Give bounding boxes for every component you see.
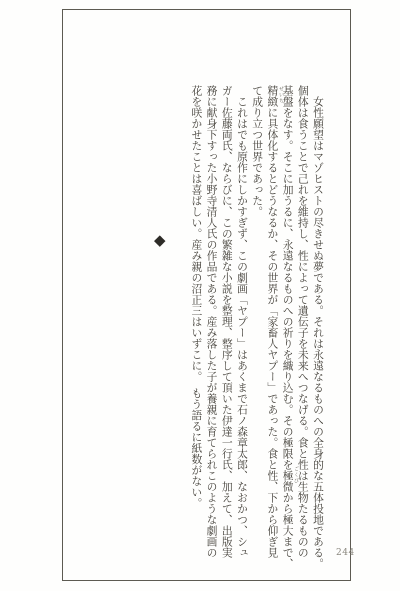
text-line: 女性願望はマゾヒストの尽きせぬ夢である。それは永遠なるものへの全身的な五体投地で… [311,85,326,571]
text-line: 基盤をなす。そこに加うるに、永遠なるものへの祈りを織り込む。その極限を極微から極… [280,85,295,571]
text-line: 務に献身下すった小野寺清人氏の作品である。産み落した子が養親に育てられこのような… [204,85,219,571]
text-line: て成り立つ世界であった。 [250,85,265,571]
page-number: 244 [336,548,355,558]
book-page: 女性願望はマゾヒストの尽きせぬ夢である。それは永遠なるものへの全身的な五体投地で… [0,0,400,591]
text-block: 女性願望はマゾヒストの尽きせぬ夢である。それは永遠なるものへの全身的な五体投地で… [189,85,326,571]
text-line: 個体は食うことで己れを維持し、性によって遺伝子を未来へつなげる。食と性は生物たる… [296,85,311,571]
text-line: 花を咲かせたことは喜ばしい。産み親の沼正三はいずこに。 もう語るに紙数がない。 [189,85,204,571]
paragraph-1: 女性願望はマゾヒストの尽きせぬ夢である。それは永遠なるものへの全身的な五体投地で… [250,85,326,571]
paragraph-2: これはでも原作にしかすぎず、この劇画「ヤプー」はあくまで石ノ森章太郎、なおかつ、… [189,85,250,571]
section-divider-diamond-icon: ◆ [154,233,166,248]
furigana-極微: ごくび [293,466,300,484]
furigana-精緻: せいち [278,86,285,104]
text-line: これはでも原作にしかすぎず、この劇画「ヤプー」はあくまで石ノ森章太郎、なおかつ、… [235,85,250,571]
text-line: 精緻に具体化するとどうなるか、その世界が「家畜人ヤプー」であった。食と性、下から… [265,85,280,571]
text-line: ガー佐藤両氏、ならびに、この繁雑な小説を整理、整序して頂いた伊達一行氏、加えて、… [220,85,235,571]
